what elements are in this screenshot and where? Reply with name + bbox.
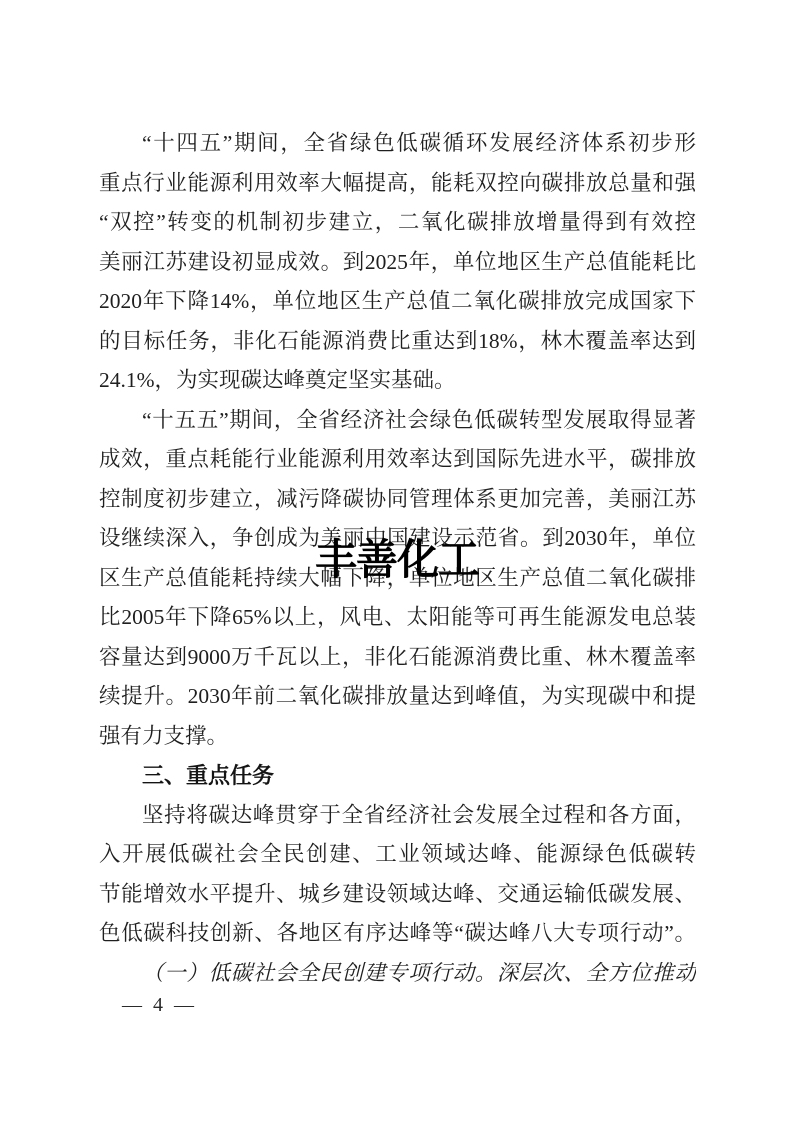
text-line: 成效，重点耗能行业能源利用效率达到国际先进水平，碳排放双 — [99, 440, 696, 480]
paragraph-4: （一）低碳社会全民创建专项行动。深层次、全方位推动生 — [99, 954, 696, 994]
section-heading: 三、重点任务 — [99, 756, 696, 796]
text-line: “双控”转变的机制初步建立，二氧化碳排放增量得到有效控制， — [99, 203, 696, 243]
text-line: 节能增效水平提升、城乡建设领域达峰、交通运输低碳发展、绿 — [99, 875, 696, 915]
paragraph-1: “十四五”期间，全省绿色低碳循环发展经济体系初步形成， 重点行业能源利用效率大幅… — [99, 124, 696, 401]
text-line: 美丽江苏建设初显成效。到2025年，单位地区生产总值能耗比 — [99, 243, 696, 283]
text-line: 强有力支撑。 — [99, 717, 696, 757]
page-number: — 4 — — [122, 994, 197, 1017]
text-line: 重点行业能源利用效率大幅提高，能耗双控向碳排放总量和强度 — [99, 164, 696, 204]
watermark: 丰善化工 — [315, 538, 479, 582]
text-line: （一）低碳社会全民创建专项行动。深层次、全方位推动生 — [99, 954, 696, 994]
text-line: 坚持将碳达峰贯穿于全省经济社会发展全过程和各方面，深 — [99, 796, 696, 836]
document-page: “十四五”期间，全省绿色低碳循环发展经济体系初步形成， 重点行业能源利用效率大幅… — [0, 0, 794, 1123]
text-line: 比2005年下降65%以上，风电、太阳能等可再生能源发电总装机 — [99, 598, 696, 638]
text-line: 入开展低碳社会全民创建、工业领域达峰、能源绿色低碳转型、 — [99, 835, 696, 875]
text-line: 色低碳科技创新、各地区有序达峰等“碳达峰八大专项行动”。 — [99, 914, 696, 954]
text-line: 容量达到9000万千瓦以上，非化石能源消费比重、林木覆盖率持 — [99, 638, 696, 678]
text-line: 24.1%，为实现碳达峰奠定坚实基础。 — [99, 361, 696, 401]
paragraph-3: 坚持将碳达峰贯穿于全省经济社会发展全过程和各方面，深 入开展低碳社会全民创建、工… — [99, 796, 696, 954]
text-line: 控制度初步建立，减污降碳协同管理体系更加完善，美丽江苏建 — [99, 480, 696, 520]
text-line: 续提升。2030年前二氧化碳排放量达到峰值，为实现碳中和提供 — [99, 677, 696, 717]
text-line: 的目标任务，非化石能源消费比重达到18%，林木覆盖率达到 — [99, 322, 696, 362]
text-line: “十五五”期间，全省经济社会绿色低碳转型发展取得显著 — [99, 401, 696, 441]
text-line: 2020年下降14%，单位地区生产总值二氧化碳排放完成国家下达 — [99, 282, 696, 322]
text-line: “十四五”期间，全省绿色低碳循环发展经济体系初步形成， — [99, 124, 696, 164]
